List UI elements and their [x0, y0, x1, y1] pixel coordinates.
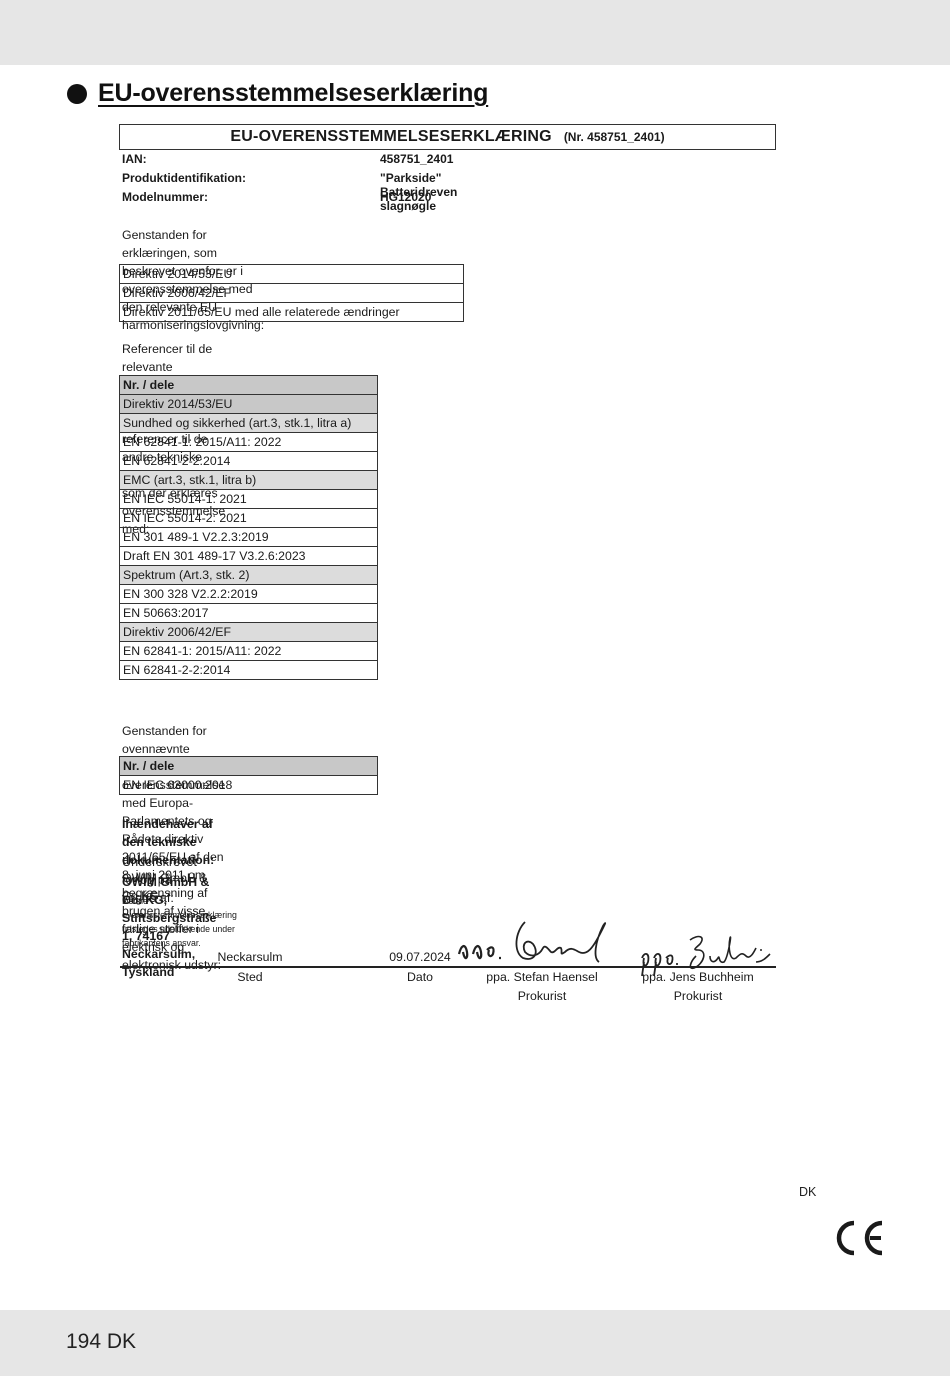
table-cell: EN IEC 55014-2: 2021 [120, 509, 378, 528]
page-number: 194 DK [66, 1330, 136, 1354]
table-row: EN 62841-1: 2015/A11: 2022 [120, 642, 378, 661]
table-row: Spektrum (Art.3, stk. 2) [120, 566, 378, 585]
standards-table: Nr. / deleDirektiv 2014/53/EUSundhed og … [119, 375, 378, 680]
signer1-name: ppa. Stefan Haensel [476, 970, 608, 984]
rohs-table: Nr. / deleEN IEC 63000:2018 [119, 756, 378, 795]
table-cell: EN 301 489-1 V2.2.3:2019 [120, 528, 378, 547]
signature-date-label: Dato [384, 970, 456, 984]
table-row: Direktiv 2006/42/EF [120, 284, 464, 303]
declaration-title-box: EU-OVERENSSTEMMELSESERKLÆRING (Nr. 45875… [119, 124, 776, 150]
table-row: EN 62841-1: 2015/A11: 2022 [120, 433, 378, 452]
table-cell: EN 50663:2017 [120, 604, 378, 623]
directive-cell: Direktiv 2006/42/EF [120, 284, 464, 303]
table-cell: Direktiv 2006/42/EF [120, 623, 378, 642]
table-row: EN IEC 55014-1: 2021 [120, 490, 378, 509]
field-label-product: Produktidentifikation: [122, 171, 246, 185]
table-row: Direktiv 2014/53/EU [120, 395, 378, 414]
section-heading: EU-overensstemmelseserklæring [67, 79, 488, 108]
directive-cell: Direktiv 2014/53/EU [120, 265, 464, 284]
field-label-ian: IAN: [122, 152, 147, 166]
table-row: Nr. / dele [120, 376, 378, 395]
table-header-cell: Nr. / dele [120, 757, 378, 776]
field-value-model: HG12020 [380, 190, 431, 204]
signature-line [120, 966, 776, 968]
table-cell: Direktiv 2014/53/EU [120, 395, 378, 414]
table-cell: EN 62841-2-2:2014 [120, 452, 378, 471]
table-cell: EN 62841-2-2:2014 [120, 661, 378, 680]
section-heading-text: EU-overensstemmelseserklæring [98, 79, 488, 108]
table-row: Direktiv 2011/65/EU med alle relaterede … [120, 303, 464, 322]
field-value-ian: 458751_2401 [380, 152, 453, 166]
table-row: Sundhed og sikkerhed (art.3, stk.1, litr… [120, 414, 378, 433]
language-code: DK [799, 1185, 816, 1199]
bullet-icon [67, 84, 87, 104]
table-cell: Spektrum (Art.3, stk. 2) [120, 566, 378, 585]
signature-place-label: Sted [200, 970, 300, 984]
table-cell: EMC (art.3, stk.1, litra b) [120, 471, 378, 490]
table-cell: EN 62841-1: 2015/A11: 2022 [120, 433, 378, 452]
page-top-band [0, 0, 950, 65]
table-row: EN 301 489-1 V2.2.3:2019 [120, 528, 378, 547]
declaration-number: (Nr. 458751_2401) [564, 130, 665, 144]
table-cell: Sundhed og sikkerhed (art.3, stk.1, litr… [120, 414, 378, 433]
table-row: Direktiv 2014/53/EU [120, 265, 464, 284]
table-row: EMC (art.3, stk.1, litra b) [120, 471, 378, 490]
page-footer-band [0, 1310, 950, 1376]
signer1-role: Prokurist [476, 989, 608, 1003]
field-label-model: Modelnummer: [122, 190, 208, 204]
table-header-cell: Nr. / dele [120, 376, 378, 395]
table-cell: EN 300 328 V2.2.2:2019 [120, 585, 378, 604]
declaration-title: EU-OVERENSSTEMMELSESERKLÆRING [230, 128, 551, 146]
table-row: EN 62841-2-2:2014 [120, 452, 378, 471]
table-row: EN 50663:2017 [120, 604, 378, 623]
table-row: Direktiv 2006/42/EF [120, 623, 378, 642]
table-cell: EN IEC 63000:2018 [120, 776, 378, 795]
signer2-name: ppa. Jens Buchheim [632, 970, 764, 984]
table-row: EN 300 328 V2.2.2:2019 [120, 585, 378, 604]
table-cell: EN 62841-1: 2015/A11: 2022 [120, 642, 378, 661]
signer2-role: Prokurist [632, 989, 764, 1003]
signature-date: 09.07.2024 [384, 950, 456, 964]
table-cell: EN IEC 55014-1: 2021 [120, 490, 378, 509]
responsibility-statement: Denne overensstemmelseserklæring udstede… [122, 894, 237, 950]
table-row: EN IEC 55014-2: 2021 [120, 509, 378, 528]
signature-haensel-icon [455, 912, 620, 970]
directive-cell: Direktiv 2011/65/EU med alle relaterede … [120, 303, 464, 322]
ce-mark-icon [834, 1220, 886, 1256]
table-row: Nr. / dele [120, 757, 378, 776]
signature-place: Neckarsulm [200, 950, 300, 964]
table-row: EN 62841-2-2:2014 [120, 661, 378, 680]
table-cell: Draft EN 301 489-17 V3.2.6:2023 [120, 547, 378, 566]
table-row: Draft EN 301 489-17 V3.2.6:2023 [120, 547, 378, 566]
table-row: EN IEC 63000:2018 [120, 776, 378, 795]
directives-table: Direktiv 2014/53/EU Direktiv 2006/42/EF … [119, 264, 464, 322]
